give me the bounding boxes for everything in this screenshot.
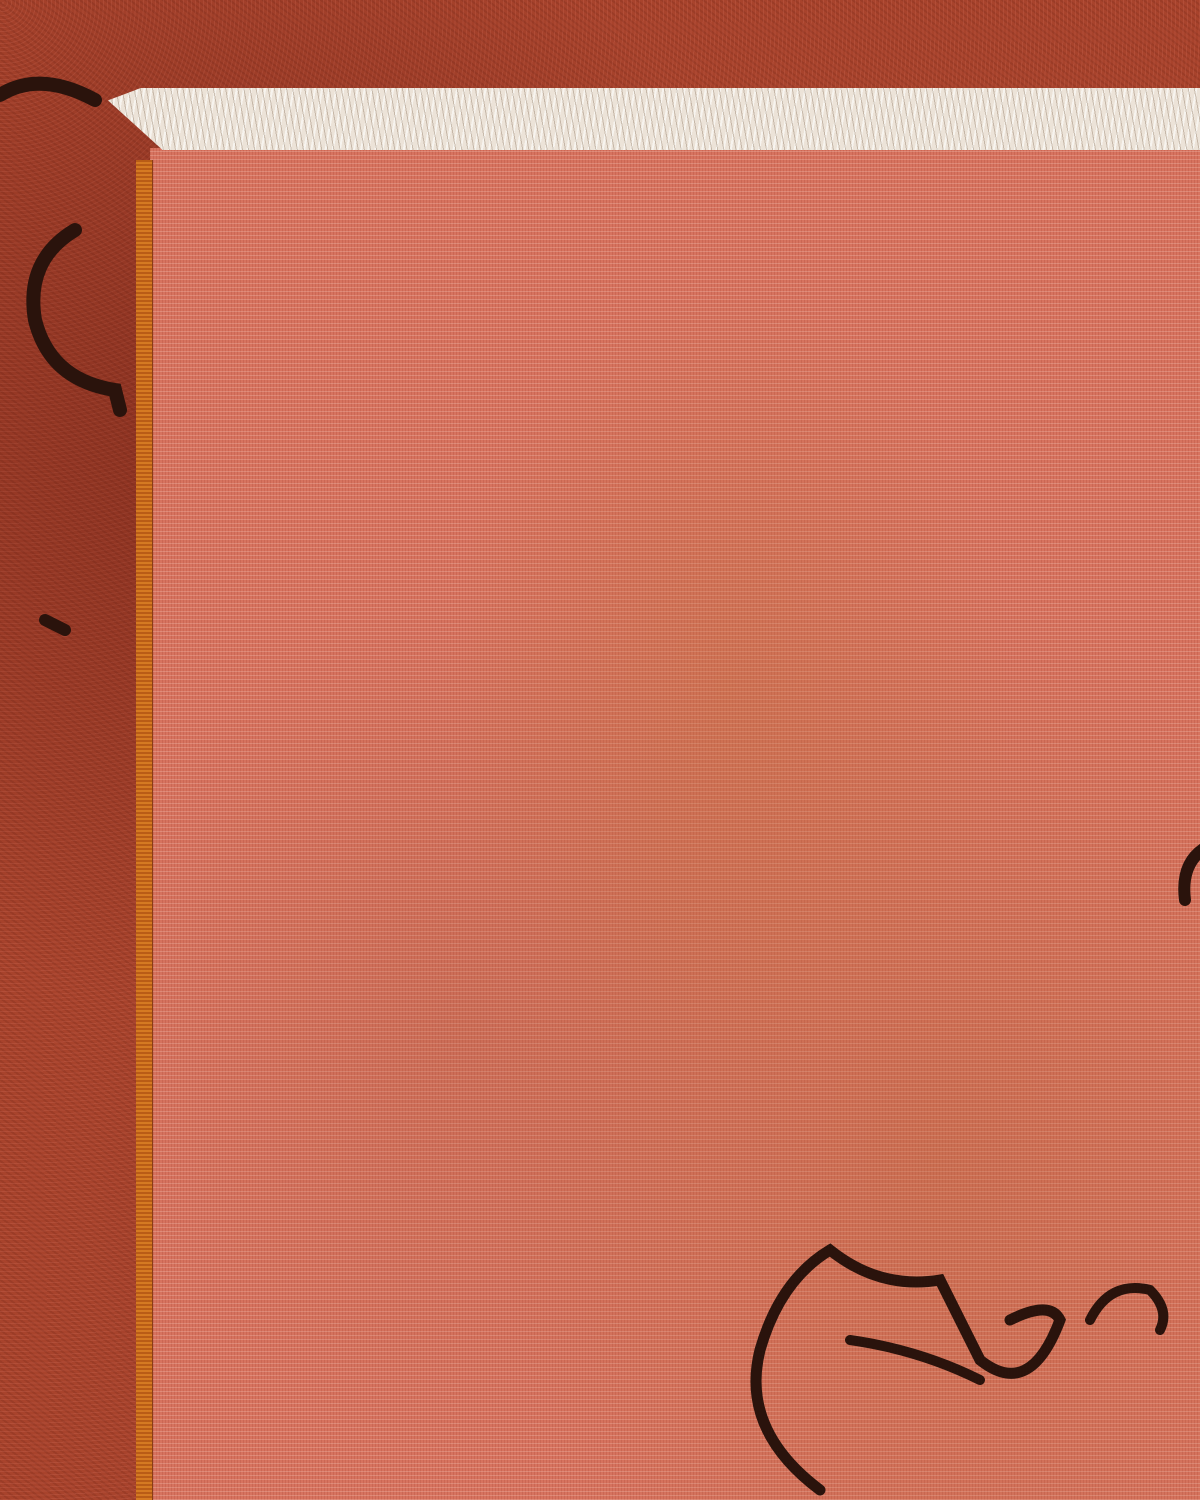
back-motif [730, 1180, 1200, 1500]
overcast-side-edge [136, 160, 153, 1500]
back-motif-edge [1170, 840, 1200, 910]
rug-fringe [108, 88, 1200, 150]
